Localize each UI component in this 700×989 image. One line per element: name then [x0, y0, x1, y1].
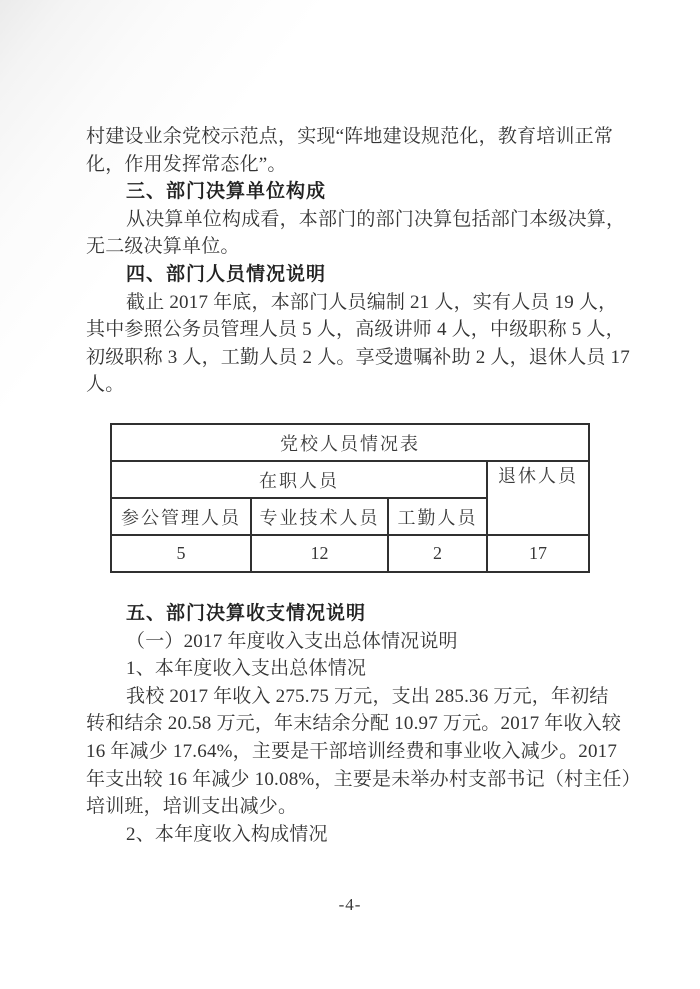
paragraph-line: 村建设业余党校示范点，实现“阵地建设规范化，教育培训正常 [86, 123, 631, 151]
subsection-line: 2、本年度收入构成情况 [86, 821, 631, 849]
table-value-zhuanye: 12 [251, 535, 388, 572]
top-text-block: 村建设业余党校示范点，实现“阵地建设规范化，教育培训正常 化，作用发挥常态化”。… [86, 123, 631, 399]
table-values-row: 5 12 2 17 [111, 535, 589, 572]
table-group-row: 在职人员 退休人员 [111, 461, 589, 498]
paragraph-line: 转和结余 20.58 万元，年末结余分配 10.97 万元。2017 年收入较 [86, 710, 631, 738]
subsection-line: （一）2017 年度收入支出总体情况说明 [86, 628, 631, 656]
table-group-header-active: 在职人员 [111, 461, 487, 498]
paragraph-line: 16 年减少 17.64%，主要是干部培训经费和事业收入减少。2017 [86, 738, 631, 766]
paragraph-line: 年支出较 16 年减少 10.08%，主要是未举办村支部书记（村主任） [86, 766, 631, 794]
paragraph-line: 无二级决算单位。 [86, 233, 631, 261]
paragraph-line: 化，作用发挥常态化”。 [86, 151, 631, 179]
section-heading-5: 五、部门决算收支情况说明 [86, 600, 631, 628]
table-title-row: 党校人员情况表 [111, 424, 589, 461]
table-header-retired: 退休人员 [487, 461, 589, 535]
paragraph-line: 人。 [86, 371, 631, 399]
document-page: 村建设业余党校示范点，实现“阵地建设规范化，教育培训正常 化，作用发挥常态化”。… [0, 0, 700, 989]
paragraph-line: 截止 2017 年底，本部门人员编制 21 人，实有人员 19 人， [86, 289, 631, 317]
section-heading-3: 三、部门决算单位构成 [86, 178, 631, 206]
table-value-cangong: 5 [111, 535, 251, 572]
table-value-retired: 17 [487, 535, 589, 572]
paragraph-line: 我校 2017 年收入 275.75 万元，支出 285.36 万元，年初结 [86, 683, 631, 711]
personnel-table: 党校人员情况表 在职人员 退休人员 参公管理人员 专业技术人员 工勤人员 5 1… [110, 423, 590, 573]
subsection-line: 1、本年度收入支出总体情况 [86, 655, 631, 683]
table-value-gongqin: 2 [388, 535, 487, 572]
section-heading-4: 四、部门人员情况说明 [86, 261, 631, 289]
page-number: -4- [0, 895, 700, 915]
table-title: 党校人员情况表 [111, 424, 589, 461]
bottom-text-block: 五、部门决算收支情况说明 （一）2017 年度收入支出总体情况说明 1、本年度收… [86, 600, 631, 848]
paragraph-line: 初级职称 3 人，工勤人员 2 人。享受遗嘱补助 2 人，退休人员 17 [86, 344, 631, 372]
table-header-gongqin: 工勤人员 [388, 498, 487, 535]
paragraph-line: 其中参照公务员管理人员 5 人，高级讲师 4 人，中级职称 5 人， [86, 316, 631, 344]
table-header-cangong: 参公管理人员 [111, 498, 251, 535]
paragraph-line: 从决算单位构成看，本部门的部门决算包括部门本级决算， [86, 206, 631, 234]
paragraph-line: 培训班，培训支出减少。 [86, 793, 631, 821]
table-header-zhuanye: 专业技术人员 [251, 498, 388, 535]
